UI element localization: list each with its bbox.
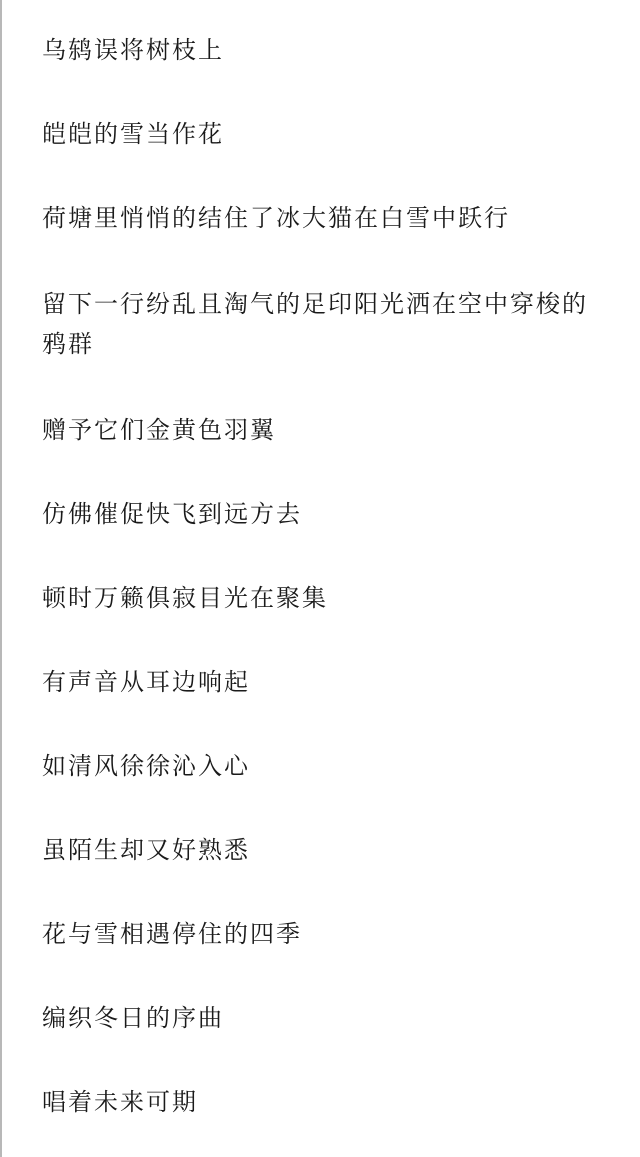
poem-line: 虽陌生却又好熟悉 [42, 830, 602, 870]
poem-line: 唱着未来可期 [42, 1082, 602, 1122]
poem-line: 赠予它们金黄色羽翼 [42, 410, 602, 450]
poem-line: 荷塘里悄悄的结住了冰大猫在白雪中跃行 [42, 198, 602, 238]
poem-line: 乌鸫误将树枝上 [42, 30, 602, 70]
poem-line: 顿时万籁俱寂目光在聚集 [42, 578, 602, 618]
poem-line: 留下一行纷乱且淘气的足印阳光洒在空中穿梭的鸦群 [42, 284, 602, 364]
left-border-rule [0, 0, 2, 1157]
poem-line: 仿佛催促快飞到远方去 [42, 494, 602, 534]
poem-line: 花与雪相遇停住的四季 [42, 914, 602, 954]
poem-line: 有声音从耳边响起 [42, 662, 602, 702]
poem-line: 编织冬日的序曲 [42, 998, 602, 1038]
poem-line: 皑皑的雪当作花 [42, 114, 602, 154]
poem-line: 如清风徐徐沁入心 [42, 746, 602, 786]
